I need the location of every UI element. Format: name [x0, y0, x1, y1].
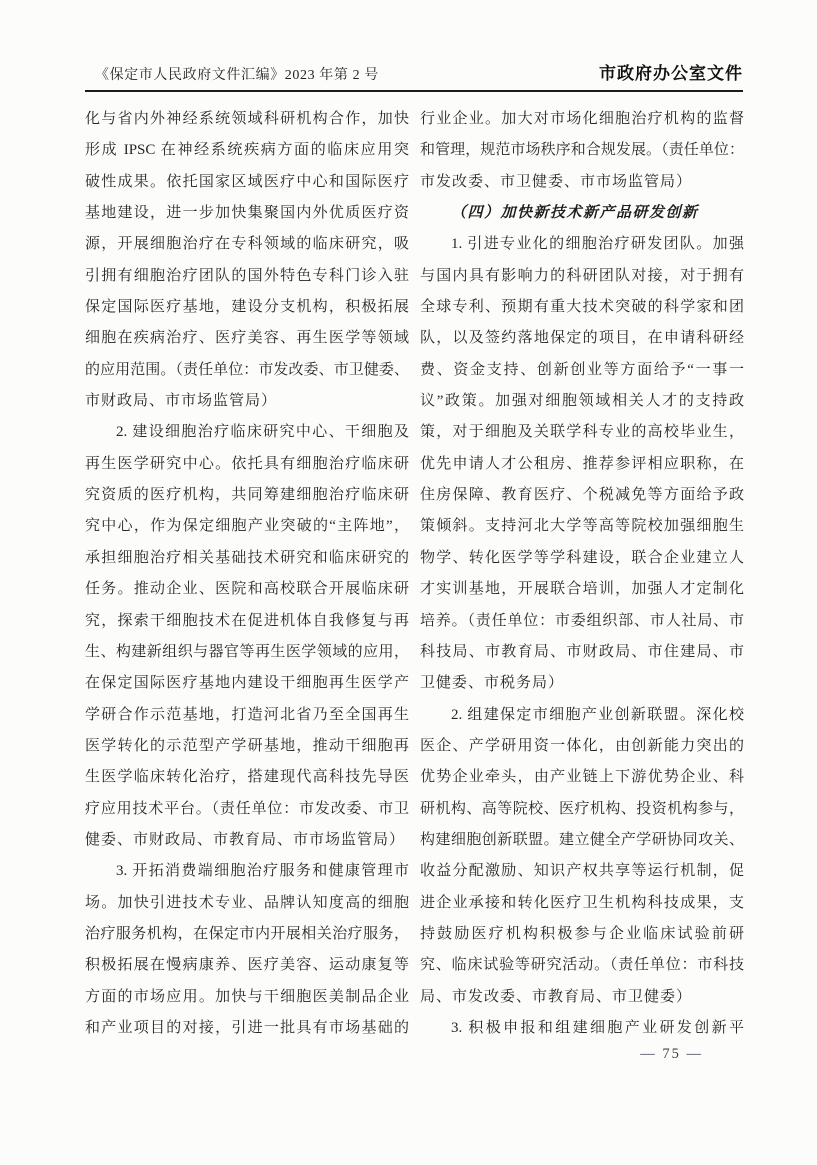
text-line: 持鼓励医疗机构积极参与企业临床试验前研 [420, 919, 744, 950]
text-line: 积极拓展在慢病康养、医疗美容、运动康复等 [85, 950, 409, 981]
text-line: 策倾斜。支持河北大学等高等院校加强细胞生 [420, 511, 744, 542]
page-header: 《保定市人民政府文件汇编》2023 年第 2 号 市政府办公室文件 [85, 56, 743, 92]
text-line: 与国内具有影响力的科研团队对接，对于拥有 [420, 261, 744, 292]
text-line: 方面的市场应用。加快与干细胞医美制品企业 [85, 982, 409, 1013]
text-line: 和管理，规范市场秩序和合规发展。（责任单位： [420, 135, 744, 166]
text-line: 全球专利、预期有重大技术突破的科学家和团 [420, 292, 744, 323]
text-line: 生医学临床转化治疗，搭建现代高科技先导医 [85, 762, 409, 793]
compilation-title: 《保定市人民政府文件汇编》2023 年第 2 号 [85, 64, 379, 84]
text-line: 究、临床试验等研究活动。（责任单位：市科技 [420, 950, 744, 981]
text-line: 医企、产学研用资一体化，由创新能力突出的 [420, 731, 744, 762]
text-line: 健委、市财政局、市教育局、市市场监管局） [85, 825, 409, 856]
document-page: 《保定市人民政府文件汇编》2023 年第 2 号 市政府办公室文件 化与省内外神… [0, 0, 817, 1165]
text-line: 治疗服务机构，在保定市内开展相关治疗服务， [85, 919, 409, 950]
text-line: 形成 IPSC 在神经系统疾病方面的临床应用突 [85, 135, 409, 166]
text-line: 进企业承接和转化医疗卫生机构科技成果，支 [420, 888, 744, 919]
page-number: — 75 — [640, 1046, 703, 1063]
left-column: 化与省内外神经系统领域科研机构合作，加快形成 IPSC 在神经系统疾病方面的临床… [85, 104, 409, 1044]
text-line: 场。加快引进技术专业、品牌认知度高的细胞 [85, 888, 409, 919]
text-line: 源，开展细胞治疗在专科领域的临床研究，吸 [85, 229, 409, 260]
text-line: 承担细胞治疗相关基础技术研究和临床研究的 [85, 543, 409, 574]
text-line: 破性成果。依托国家区域医疗中心和国际医疗 [85, 167, 409, 198]
text-line: 物学、转化医学等学科建设，联合企业建立人 [420, 543, 744, 574]
text-line: 优先申请人才公租房、推荐参评相应职称，在 [420, 449, 744, 480]
text-line: 培养。（责任单位：市委组织部、市人社局、市 [420, 606, 744, 637]
text-line: 医学转化的示范型产学研基地，推动干细胞再 [85, 731, 409, 762]
text-line: 疗应用技术平台。（责任单位：市发改委、市卫 [85, 794, 409, 825]
text-line: 议”政策。加强对细胞领域相关人才的支持政 [420, 386, 744, 417]
text-line: 再生医学研究中心。依托具有细胞治疗临床研 [85, 449, 409, 480]
text-line: 优势企业牵头，由产业链上下游优势企业、科 [420, 762, 744, 793]
text-line: 收益分配激励、知识产权共享等运行机制，促 [420, 856, 744, 887]
text-line: 化与省内外神经系统领域科研机构合作，加快 [85, 104, 409, 135]
text-line: 卫健委、市税务局） [420, 668, 744, 699]
text-line: 市发改委、市卫健委、市市场监管局） [420, 167, 744, 198]
text-line: 才实训基地，开展联合培训，加强人才定制化 [420, 574, 744, 605]
text-line: 究，探索干细胞技术在促进机体自我修复与再 [85, 606, 409, 637]
text-line: 引拥有细胞治疗团队的国外特色专科门诊入驻 [85, 261, 409, 292]
text-line: 市财政局、市市场监管局） [85, 386, 409, 417]
text-line: 住房保障、教育医疗、个税减免等方面给予政 [420, 480, 744, 511]
text-line: 2. 建设细胞治疗临床研究中心、干细胞及 [85, 417, 409, 448]
text-line: 科技局、市教育局、市财政局、市住建局、市 [420, 637, 744, 668]
right-column: 行业企业。加大对市场化细胞治疗机构的监督和管理，规范市场秩序和合规发展。（责任单… [420, 104, 744, 1044]
text-line: 细胞在疾病治疗、医疗美容、再生医学等领域 [85, 323, 409, 354]
text-line: 基地建设，进一步加快集聚国内外优质医疗资 [85, 198, 409, 229]
text-line: 行业企业。加大对市场化细胞治疗机构的监督 [420, 104, 744, 135]
text-line: 3. 积极申报和组建细胞产业研发创新平 [420, 1013, 744, 1044]
text-line: 研机构、高等院校、医疗机构、投资机构参与， [420, 794, 744, 825]
text-line: 的应用范围。（责任单位：市发改委、市卫健委、 [85, 355, 409, 386]
text-line: 费、资金支持、创新创业等方面给予“一事一 [420, 355, 744, 386]
text-line: 构建细胞创新联盟。建立健全产学研协同攻关、 [420, 825, 744, 856]
text-line: 究资质的医疗机构，共同筹建细胞治疗临床研 [85, 480, 409, 511]
text-line: 1. 引进专业化的细胞治疗研发团队。加强 [420, 229, 744, 260]
document-category-label: 市政府办公室文件 [599, 59, 743, 84]
text-line: 保定国际医疗基地，建设分支机构，积极拓展 [85, 292, 409, 323]
section-heading: （四）加快新技术新产品研发创新 [420, 198, 744, 229]
text-line: 策，对于细胞及关联学科专业的高校毕业生， [420, 417, 744, 448]
text-line: 生、构建新组织与器官等再生医学领域的应用， [85, 637, 409, 668]
text-line: 队，以及签约落地保定的项目，在申请科研经 [420, 323, 744, 354]
text-line: 局、市发改委、市教育局、市卫健委） [420, 982, 744, 1013]
text-line: 究中心，作为保定细胞产业突破的“主阵地”， [85, 511, 409, 542]
text-line: 学研合作示范基地，打造河北省乃至全国再生 [85, 700, 409, 731]
text-line: 2. 组建保定市细胞产业创新联盟。深化校 [420, 700, 744, 731]
text-line: 任务。推动企业、医院和高校联合开展临床研 [85, 574, 409, 605]
text-line: 3. 开拓消费端细胞治疗服务和健康管理市 [85, 856, 409, 887]
text-line: 在保定国际医疗基地内建设干细胞再生医学产 [85, 668, 409, 699]
text-line: 和产业项目的对接，引进一批具有市场基础的 [85, 1013, 409, 1044]
